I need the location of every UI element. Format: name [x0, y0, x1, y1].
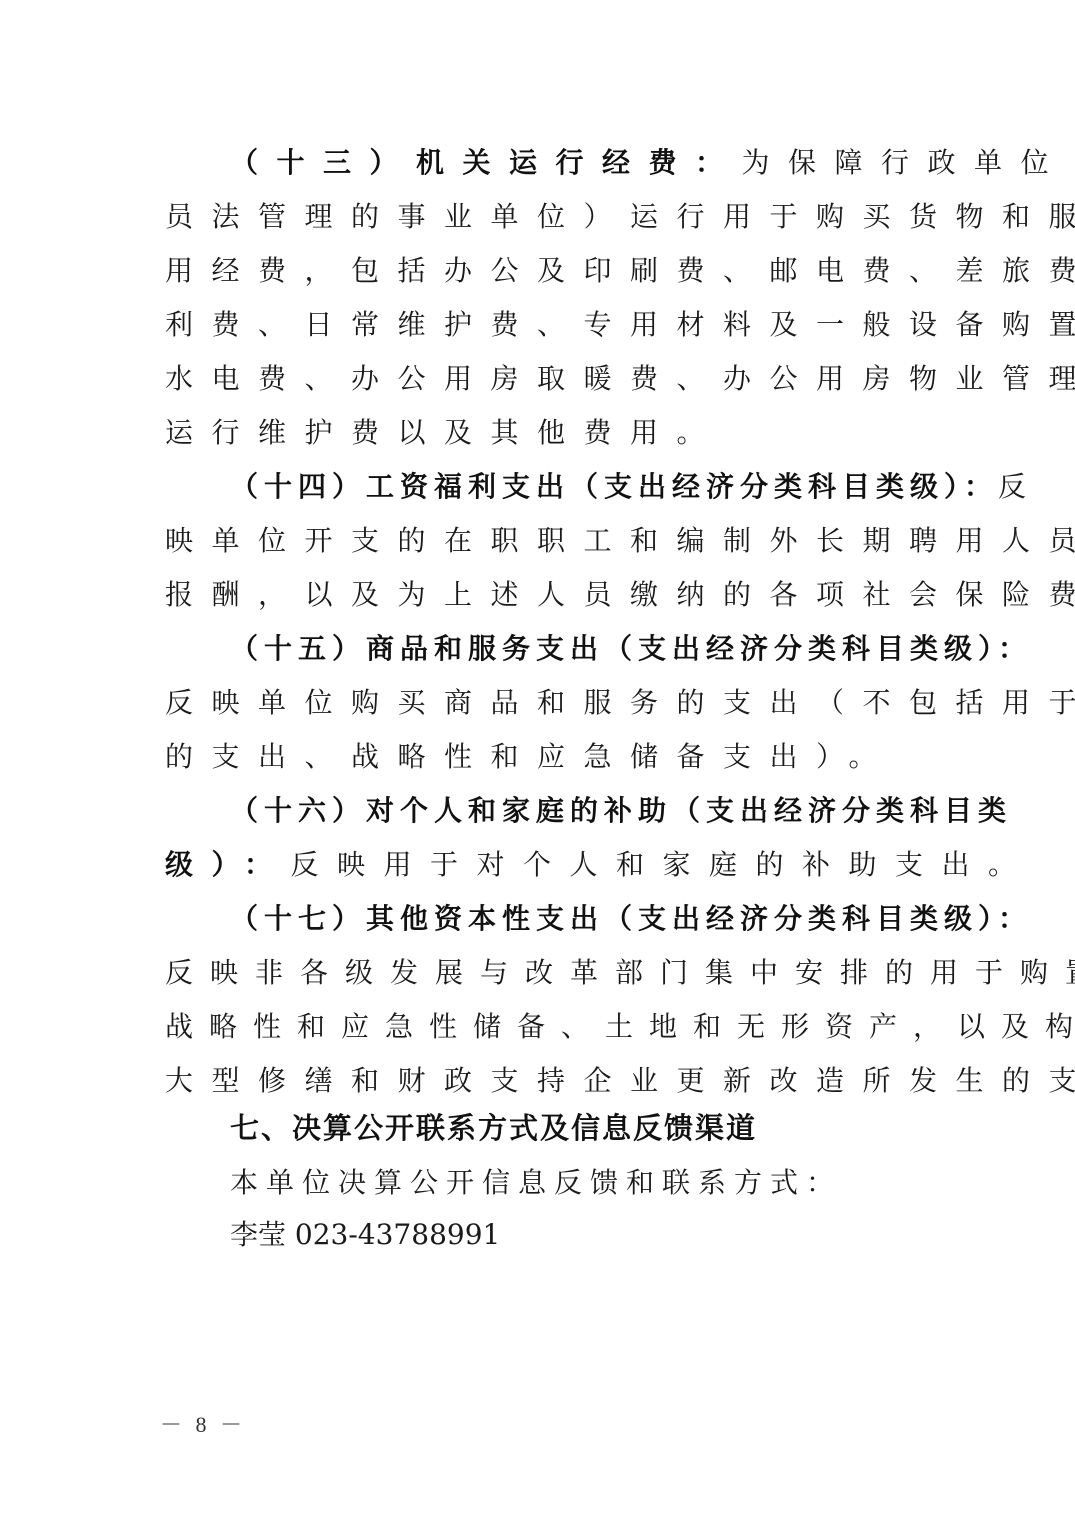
- section-17-line-1: （十七）其他资本性支出（支出经济分类科目类级）：: [230, 902, 1032, 936]
- section-15-line-2: 反映单位购买商品和服务的支出（不包括用于购置固定资产: [165, 686, 1075, 720]
- section-16-line-1: （十六）对个人和家庭的补助（支出经济分类科目类: [230, 794, 1012, 828]
- section-16-title: （十六）对个人和家庭的补助（支出经济分类科目类: [230, 794, 1012, 827]
- section-14-line-2: 映单位开支的在职职工和编制外长期聘用人员的各类劳动: [165, 524, 1075, 558]
- section-14-line-3: 报酬，以及为上述人员缴纳的各项社会保险费等。: [165, 578, 1075, 612]
- section-17-line-2: 反映非各级发展与改革部门集中安排的用于购置固定资产、: [165, 956, 1075, 990]
- section-15-line-1: （十五）商品和服务支出（支出经济分类科目类级）：: [230, 632, 1032, 666]
- section-13-title: （十三）机关运行经费：: [230, 146, 742, 179]
- section-13-line-3: 用经费，包括办公及印刷费、邮电费、差旅费、会议费、福: [165, 254, 1075, 288]
- section-13-line-2: 员法管理的事业单位）运行用于购买货物和服务等的各项公: [165, 200, 1075, 234]
- contact-info: 李莹 023-43788991: [230, 1218, 500, 1252]
- section-15-title: （十五）商品和服务支出（支出经济分类科目类级）：: [230, 632, 1032, 665]
- section-17-line-4: 大型修缮和财政支持企业更新改造所发生的支出。: [165, 1064, 1075, 1098]
- section-17-title: （十七）其他资本性支出（支出经济分类科目类级）：: [230, 902, 1032, 935]
- section-13-line-1: （十三）机关运行经费：为保障行政单位（含参照公务: [230, 146, 1075, 180]
- section-16-line-2: 级）：反映用于对个人和家庭的补助支出。: [165, 848, 1035, 882]
- contact-intro: 本单位决算公开信息反馈和联系方式：: [230, 1166, 842, 1200]
- section-13-line-4: 利费、日常维护费、专用材料及一般设备购置费、办公用房: [165, 308, 1075, 342]
- section-13-line-5: 水电费、办公用房取暖费、办公用房物业管理费、公务用车: [165, 362, 1075, 396]
- page-number: － 8 －: [160, 1408, 246, 1439]
- section-14-title: （十四）工资福利支出（支出经济分类科目类级）：: [230, 470, 998, 503]
- contact-section-heading: 七、决算公开联系方式及信息反馈渠道: [230, 1111, 757, 1145]
- section-14-line-1: （十四）工资福利支出（支出经济分类科目类级）：反: [230, 470, 1032, 504]
- section-17-line-3: 战略性和应急性储备、土地和无形资产，以及构建基础设施、: [165, 1010, 1075, 1044]
- document-page: （十三）机关运行经费：为保障行政单位（含参照公务 员法管理的事业单位）运行用于购…: [0, 0, 1075, 1520]
- section-13-line-6: 运行维护费以及其他费用。: [165, 416, 723, 450]
- section-15-line-3: 的支出、战略性和应急储备支出）。: [165, 740, 895, 774]
